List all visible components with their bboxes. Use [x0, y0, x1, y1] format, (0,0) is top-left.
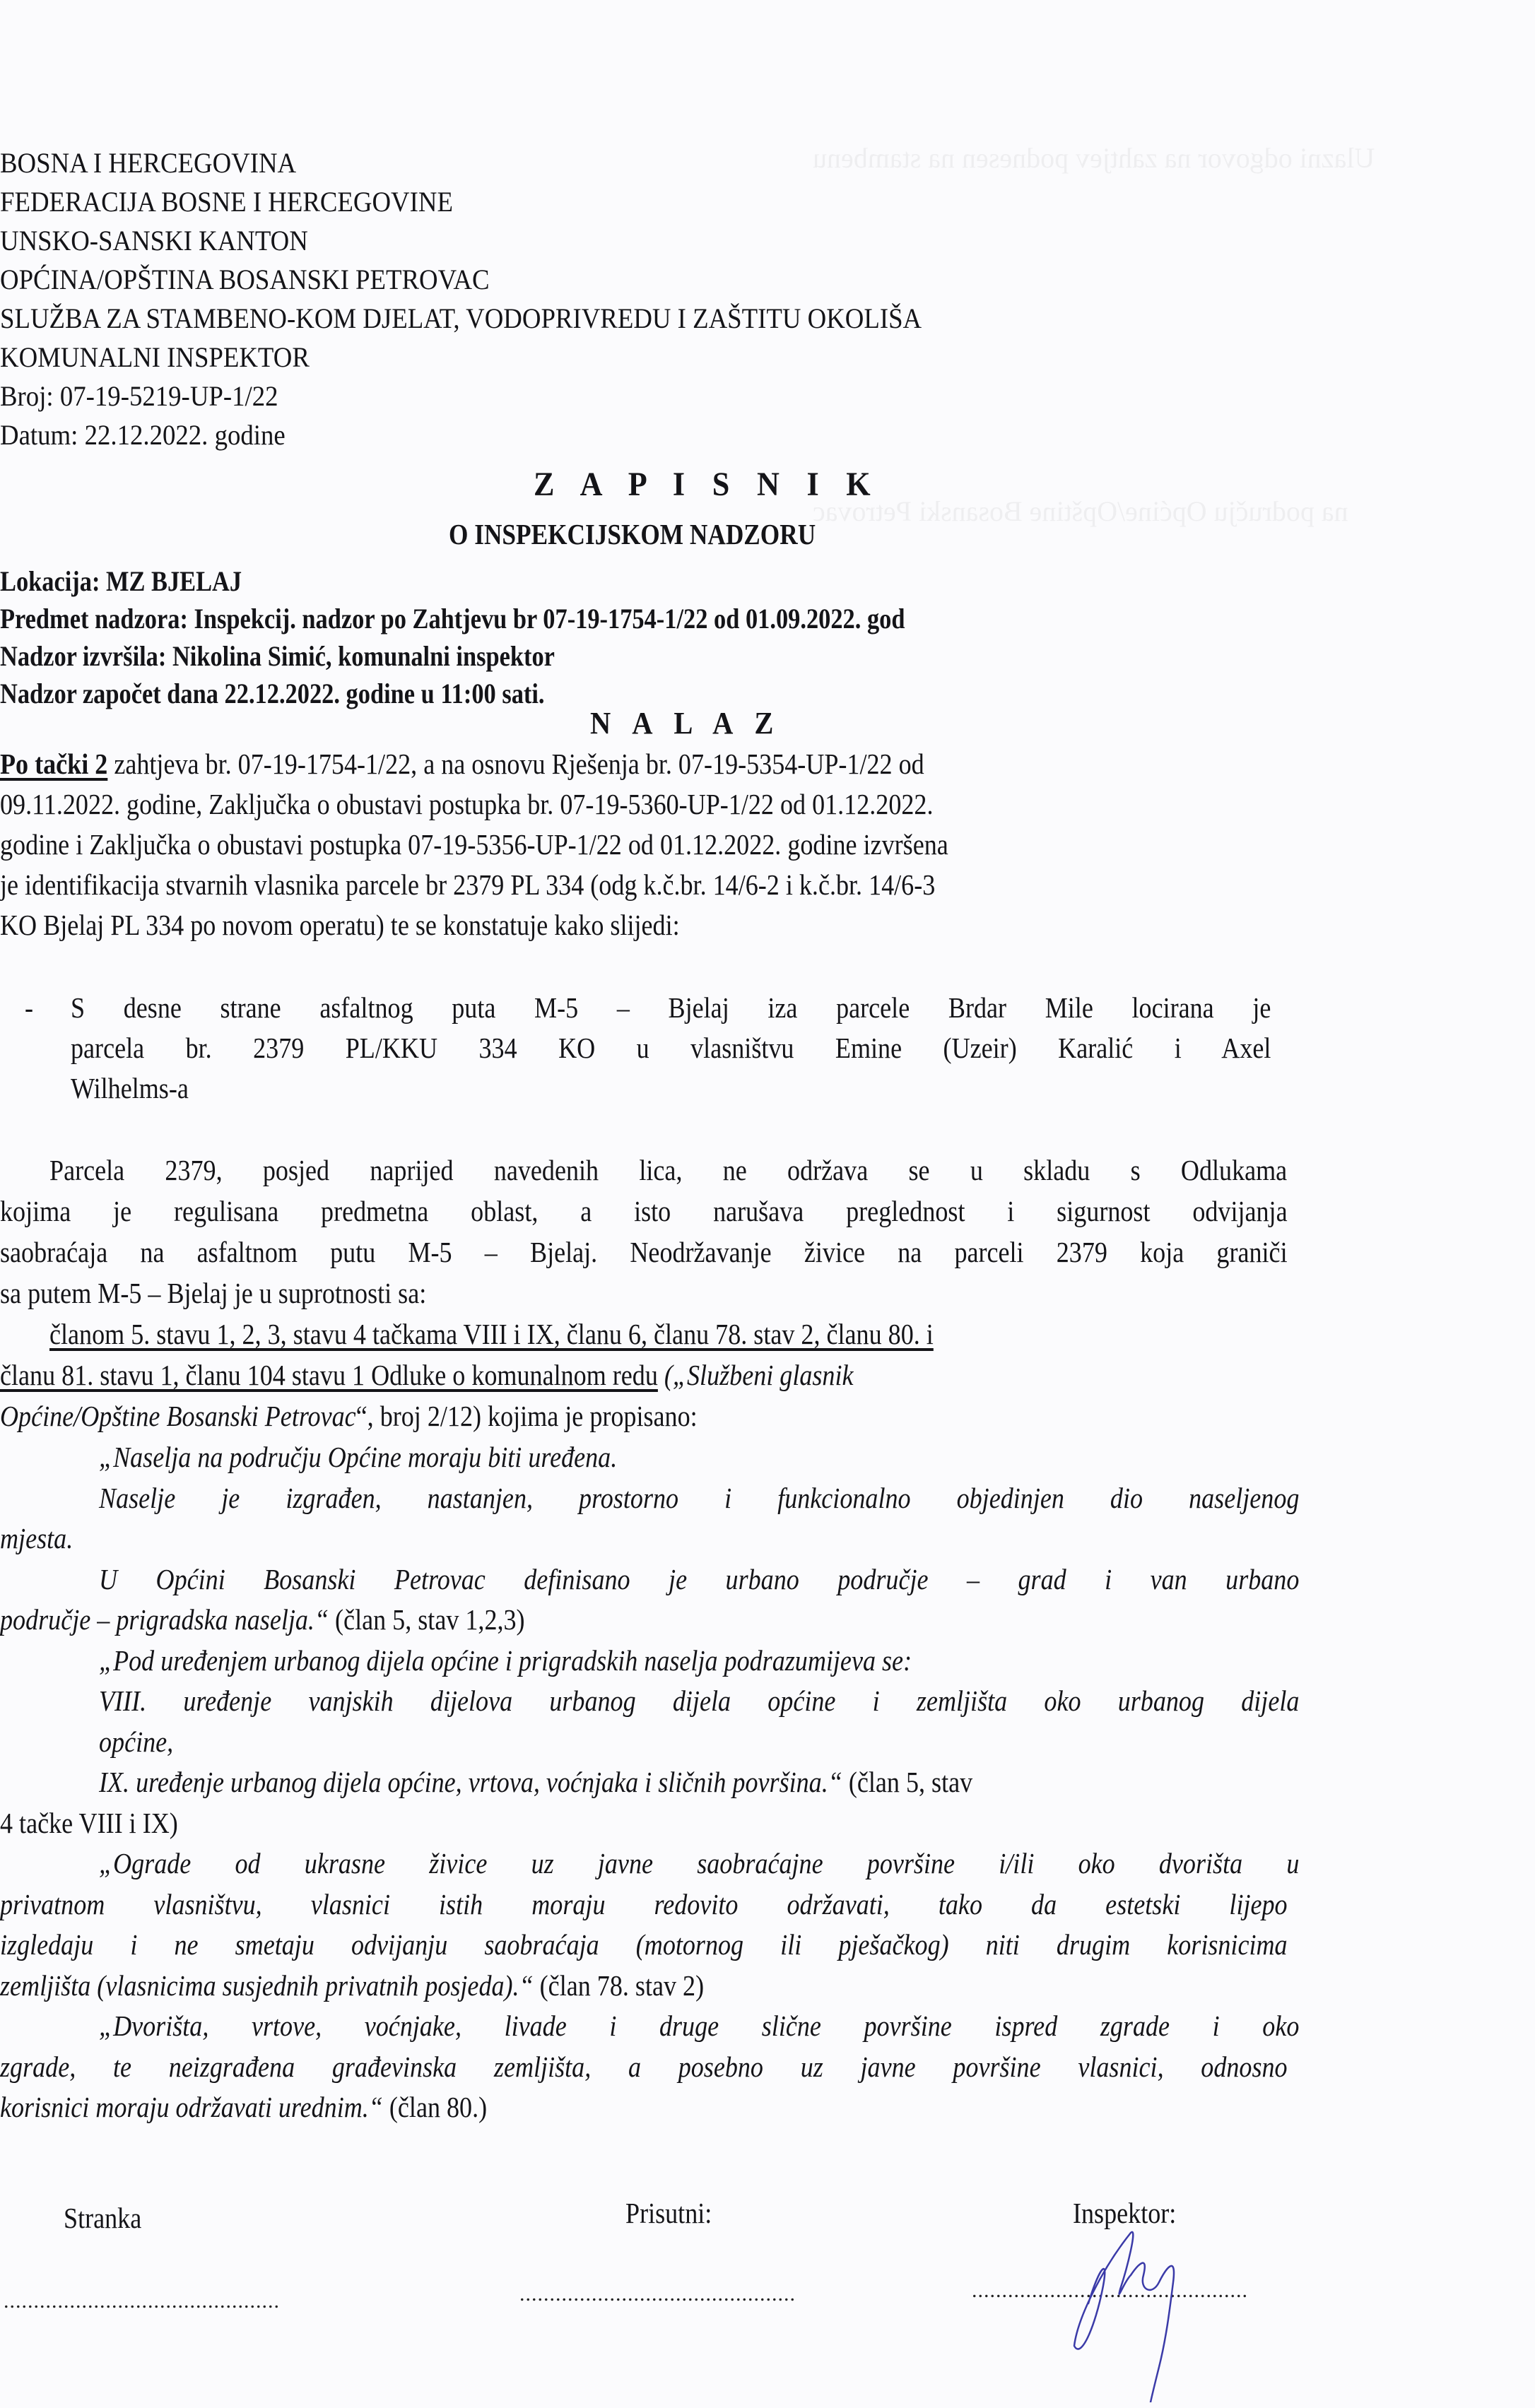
legal-reference-line: Općine/Opštine Bosanski Petrovac“, broj …	[0, 1398, 698, 1434]
legal-reference-line: članu 81. stavu 1, članu 104 stavu 1 Odl…	[0, 1357, 854, 1393]
quote-text: „Naselja na području Općine moraju biti …	[99, 1441, 617, 1473]
bullet-marker: -	[25, 989, 33, 1026]
quote-line: mjesta.	[0, 1520, 73, 1557]
quote-text: IX. uređenje urbanog dijela općine, vrto…	[99, 1766, 842, 1798]
header-line: SLUŽBA ZA STAMBENO-KOM DJELAT, VODOPRIVR…	[0, 300, 922, 337]
quote-text: korisnici moraju održavati urednim.“	[0, 2091, 383, 2123]
paragraph-line: saobraćaja na asfaltnom putu M-5 – Bjela…	[0, 1234, 1288, 1270]
bleed-through-text: Ulazni odgovor na zahtjev podnesen na st…	[813, 141, 1375, 175]
text: zahtjeva br. 07-19-1754-1/22, a na osnov…	[107, 748, 924, 780]
article-reference: (član 80.)	[383, 2091, 487, 2123]
text: Općine/Opštine Bosanski Petrovac	[0, 1400, 356, 1432]
quote-text: zgrade, te neizgrađena građevinska zemlj…	[0, 2048, 1288, 2085]
document-number: Broj: 07-19-5219-UP-1/22	[0, 378, 278, 415]
point-reference: Po tački 2	[0, 748, 107, 780]
location: Lokacija: MZ BJELAJ	[0, 563, 242, 600]
header-line: FEDERACIJA BOSNE I HERCEGOVINE	[0, 184, 453, 220]
paragraph-line: KO Bjelaj PL 334 po novom operatu) te se…	[0, 907, 680, 943]
quote-line: U Općini Bosanski Petrovac definisano je…	[99, 1561, 1299, 1598]
quote-text: U Općini Bosanski Petrovac definisano je…	[99, 1561, 1299, 1598]
quote-text: izgledaju i ne smetaju odvijanju saobrać…	[0, 1926, 1288, 1963]
paragraph-line: Parcela 2379, posjed naprijed navedenih …	[49, 1152, 1287, 1188]
header-line: OPĆINA/OPŠTINA BOSANSKI PETROVAC	[0, 261, 490, 298]
performed-by: Nadzor izvršila: Nikolina Simić, komunal…	[0, 638, 555, 675]
bullet-line: Wilhelms-a	[71, 1070, 189, 1106]
header-line: KOMUNALNI INSPEKTOR	[0, 339, 310, 376]
quote-line: zgrade, te neizgrađena građevinska zemlj…	[0, 2048, 1288, 2085]
header-line: UNSKO-SANSKI KANTON	[0, 223, 308, 259]
quote-line: Naselje je izgrađen, nastanjen, prostorn…	[99, 1480, 1299, 1516]
nalaz-heading: N A L A Z	[590, 705, 781, 742]
quote-text: zemljišta (vlasnicima susjednih privatni…	[0, 1969, 534, 2002]
party-signature-line: ........................................…	[4, 2289, 329, 2313]
subject: Predmet nadzora: Inspekcij. nadzor po Za…	[0, 601, 905, 637]
article-reference: 4 tačke VIII i IX)	[0, 1807, 178, 1839]
quote-line: „Pod uređenjem urbanog dijela općine i p…	[99, 1642, 912, 1679]
text: kojima je regulisana predmetna oblast, a…	[0, 1193, 1288, 1229]
paragraph-line: kojima je regulisana predmetna oblast, a…	[0, 1193, 1288, 1229]
quote-line: „Dvorišta, vrtove, voćnjake, livade i dr…	[99, 2007, 1299, 2044]
text: članu 81. stavu 1, članu 104 stavu 1 Odl…	[0, 1359, 658, 1391]
paragraph-line: je identifikacija stvarnih vlasnika parc…	[0, 866, 935, 903]
article-reference: (član 5, stav	[842, 1766, 972, 1798]
quote-text: „Pod uređenjem urbanog dijela općine i p…	[99, 1644, 912, 1677]
present-signature-line: ........................................…	[519, 2282, 845, 2306]
paragraph-line: godine i Zaključka o obustavi postupka 0…	[0, 826, 948, 863]
quote-line: zemljišta (vlasnicima susjednih privatni…	[0, 1967, 704, 2004]
document-page: Ulazni odgovor na zahtjev podnesen na st…	[0, 0, 1535, 2408]
legal-reference-line: članom 5. stavu 1, 2, 3, stavu 4 tačkama…	[49, 1316, 934, 1352]
present-label: Prisutni:	[625, 2196, 712, 2230]
quote-line: korisnici moraju održavati urednim.“ (čl…	[0, 2089, 487, 2125]
quote-text: „Ograde od ukrasne živice uz javne saobr…	[99, 1845, 1299, 1882]
text: “, broj 2/12) kojima je propisano:	[356, 1400, 698, 1432]
quote-line: privatnom vlasništvu, vlasnici istih mor…	[0, 1886, 1288, 1923]
quote-text: Naselje je izgrađen, nastanjen, prostorn…	[99, 1480, 1299, 1516]
quote-line: područje – prigradska naselja.“ (član 5,…	[0, 1601, 525, 1638]
quote-text: VIII. uređenje vanjskih dijelova urbanog…	[99, 1682, 1299, 1719]
quote-text: mjesta.	[0, 1522, 73, 1554]
text: („Službeni glasnik	[658, 1359, 854, 1391]
started-at: Nadzor započet dana 22.12.2022. godine u…	[0, 675, 545, 712]
inspector-signature-icon	[1060, 2226, 1315, 2402]
inspector-label: Inspektor:	[1073, 2196, 1176, 2230]
quote-line: „Ograde od ukrasne živice uz javne saobr…	[99, 1845, 1299, 1882]
quote-line: VIII. uređenje vanjskih dijelova urbanog…	[99, 1682, 1299, 1719]
quote-line: općine,	[99, 1723, 173, 1760]
document-subtitle: O INSPEKCIJSKOM NADZORU	[449, 516, 816, 553]
bullet-line: parcela br. 2379 PL/KKU 334 KO u vlasniš…	[71, 1029, 1271, 1066]
quote-line: 4 tačke VIII i IX)	[0, 1805, 178, 1841]
quote-text: privatnom vlasništvu, vlasnici istih mor…	[0, 1886, 1288, 1923]
article-reference: (član 78. stav 2)	[534, 1969, 704, 2002]
paragraph-line: Po tački 2 zahtjeva br. 07-19-1754-1/22,…	[0, 745, 924, 782]
quote-text: „Dvorišta, vrtove, voćnjake, livade i dr…	[99, 2007, 1299, 2044]
article-reference: (član 5, stav 1,2,3)	[329, 1603, 525, 1636]
party-label: Stranka	[64, 2201, 141, 2235]
document-date: Datum: 22.12.2022. godine	[0, 417, 286, 454]
document-title: Z A P I S N I K	[534, 466, 880, 503]
quote-text: područje – prigradska naselja.“	[0, 1603, 329, 1636]
text: saobraćaja na asfaltnom putu M-5 – Bjela…	[0, 1234, 1288, 1270]
text: Parcela 2379, posjed naprijed navedenih …	[49, 1152, 1287, 1188]
text: S desne strane asfaltnog puta M-5 – Bjel…	[71, 989, 1271, 1026]
paragraph-line: 09.11.2022. godine, Zaključka o obustavi…	[0, 786, 933, 822]
quote-line: „Naselja na području Općine moraju biti …	[99, 1439, 617, 1475]
quote-line: izgledaju i ne smetaju odvijanju saobrać…	[0, 1926, 1288, 1963]
quote-line: IX. uređenje urbanog dijela općine, vrto…	[99, 1764, 972, 1800]
text: parcela br. 2379 PL/KKU 334 KO u vlasniš…	[71, 1029, 1271, 1066]
bleed-through-text: na području Općine/Opštine Bosanski Petr…	[813, 495, 1348, 528]
header-line: BOSNA I HERCEGOVINA	[0, 145, 296, 182]
bullet-line: S desne strane asfaltnog puta M-5 – Bjel…	[71, 989, 1271, 1026]
quote-text: općine,	[99, 1725, 173, 1758]
paragraph-line: sa putem M-5 – Bjelaj je u suprotnosti s…	[0, 1275, 426, 1311]
